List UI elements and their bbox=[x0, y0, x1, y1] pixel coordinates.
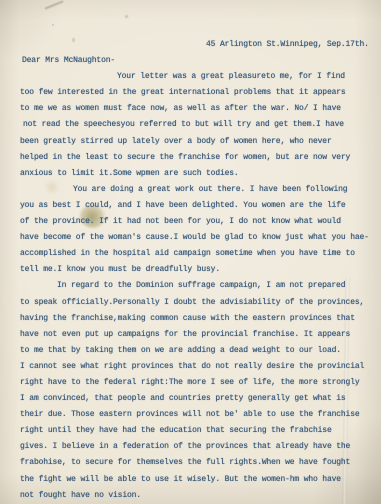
letter-line-0: 45 Arlington St.Winnipeg, Sep.17th. bbox=[20, 37, 378, 53]
paper-speck bbox=[125, 15, 128, 18]
letter-line-27: the fight we will be able to use it wise… bbox=[20, 472, 378, 488]
letter-line-28: not fought have no vision. bbox=[20, 488, 378, 504]
letter-line-6: been greatly stirred up lately over a bo… bbox=[20, 134, 378, 150]
letter-page: 45 Arlington St.Winnipeg, Sep.17th.Dear … bbox=[0, 0, 381, 504]
letter-line-14: tell me.I know you must be dreadfully bu… bbox=[20, 262, 378, 278]
letter-line-18: have not even put up campaigns for the p… bbox=[20, 327, 378, 343]
letter-line-5: not read the speechesyou referred to but… bbox=[20, 117, 378, 133]
letter-line-19: to me that by taking them on we are addi… bbox=[20, 343, 378, 359]
letter-line-2: Your letter was a great pleasureto me, f… bbox=[20, 69, 378, 85]
letter-line-11: of the province. If it had not been for … bbox=[20, 214, 378, 230]
letter-line-15: In regard to the Dominion suffrage campa… bbox=[20, 278, 378, 294]
letter-line-9: You are doing a great work out there. I … bbox=[20, 182, 378, 198]
letter-line-24: right until they have had the education … bbox=[20, 423, 378, 439]
letter-line-7: helped in the least to secure the franch… bbox=[20, 150, 378, 166]
letter-line-13: accomplished in the hospital aid campaig… bbox=[20, 246, 378, 262]
letter-line-10: you as best I could, and I have been del… bbox=[20, 198, 378, 214]
letter-line-1: Dear Mrs McNaughton- bbox=[20, 53, 378, 69]
letter-line-22: I am convinced, that people and countrie… bbox=[20, 391, 378, 407]
letter-line-26: frabohise, to secure for themselves the … bbox=[20, 455, 378, 471]
letter-line-17: having the franchise,making common cause… bbox=[20, 311, 378, 327]
letter-line-23: their due. Those eastern provinces will … bbox=[20, 407, 378, 423]
letter-line-3: too few interested in the great internat… bbox=[20, 85, 378, 101]
letter-line-21: right have to the federal right:The more… bbox=[20, 375, 378, 391]
letter-line-12: have become of the woman's cause.I would… bbox=[20, 230, 378, 246]
letter-line-25: gives. I believe in a federation of the … bbox=[20, 439, 378, 455]
letter-lines: 45 Arlington St.Winnipeg, Sep.17th.Dear … bbox=[20, 37, 378, 504]
paper-speck bbox=[52, 24, 54, 26]
letter-line-8: anxious to limit it.Some wpmen are such … bbox=[20, 166, 378, 182]
letter-line-16: to speak officially.Personally I doubt t… bbox=[20, 295, 378, 311]
letter-line-4: to me we as women must face now, as well… bbox=[20, 101, 378, 117]
letter-line-20: I cannot see what right provinces that d… bbox=[20, 359, 378, 375]
